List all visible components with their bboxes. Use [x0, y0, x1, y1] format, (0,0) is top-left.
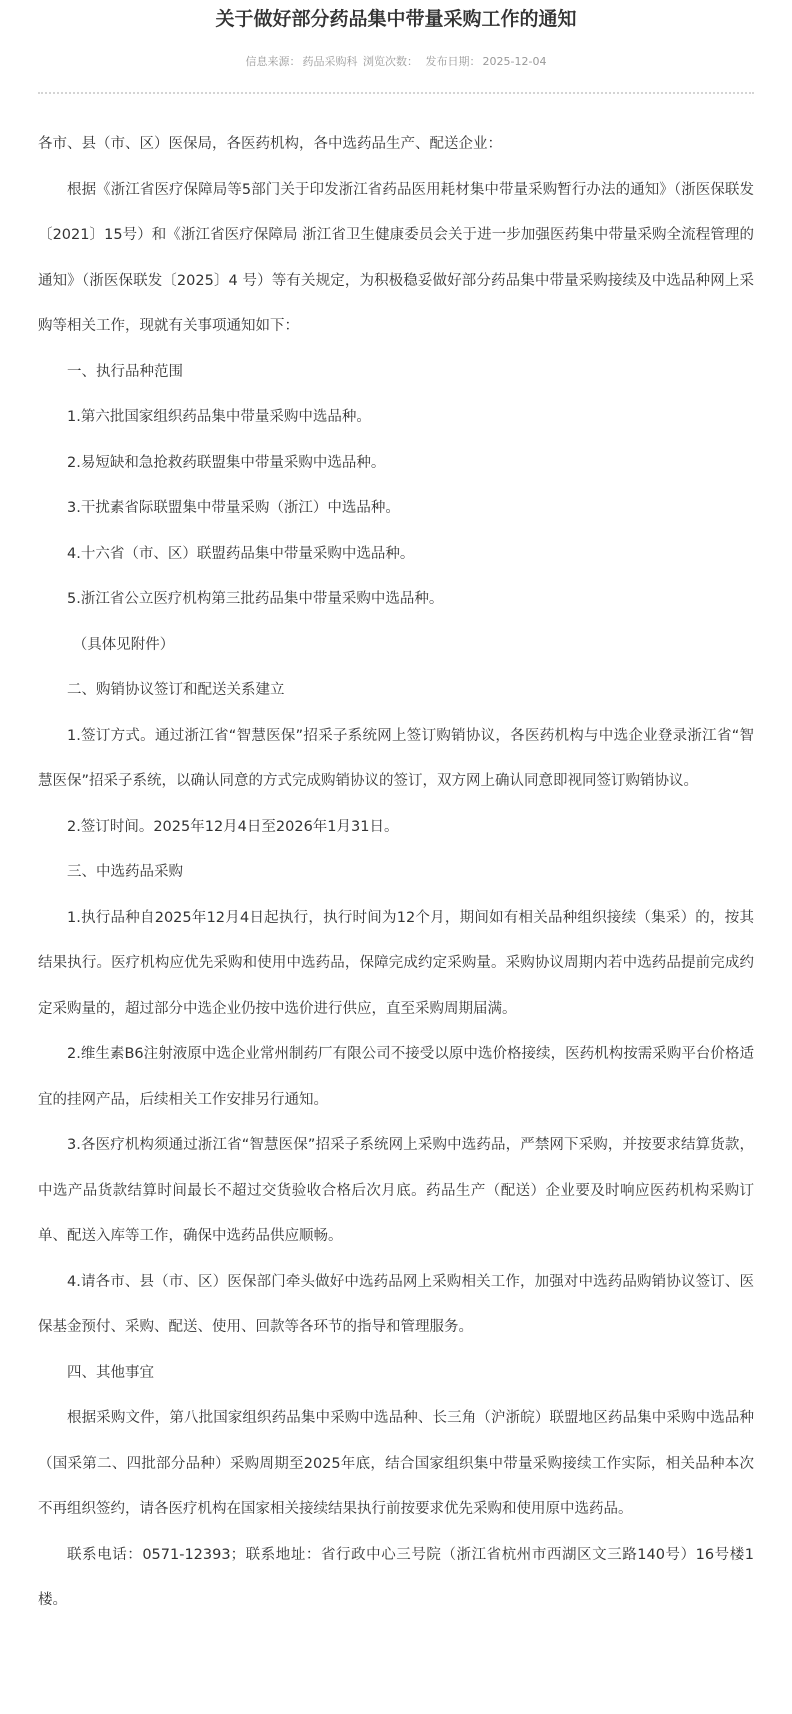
section-1-item-4: 4.十六省（市、区）联盟药品集中带量采购中选品种。: [38, 532, 754, 578]
section-heading-1: 一、执行品种范围: [38, 350, 754, 396]
divider: [38, 92, 754, 94]
intro-paragraph: 根据《浙江省医疗保障局等5部门关于印发浙江省药品医用耗材集中带量采购暂行办法的通…: [38, 168, 754, 350]
section-2-item-1: 1.签订方式。通过浙江省“智慧医保”招采子系统网上签订购销协议，各医药机构与中选…: [38, 714, 754, 805]
section-3-item-3: 3.各医疗机构须通过浙江省“智慧医保”招采子系统网上采购中选药品，严禁网下采购，…: [38, 1123, 754, 1260]
section-1-item-1: 1.第六批国家组织药品集中带量采购中选品种。: [38, 395, 754, 441]
section-heading-3: 三、中选药品采购: [38, 850, 754, 896]
section-heading-2: 二、购销协议签订和配送关系建立: [38, 668, 754, 714]
section-3-item-2: 2.维生素B6注射液原中选企业常州制药厂有限公司不接受以原中选价格接续，医药机构…: [38, 1032, 754, 1123]
article: 关于做好部分药品集中带量采购工作的通知 信息来源：药品采购科 浏览次数： 发布日…: [38, 0, 754, 1624]
source-label: 信息来源：: [246, 55, 301, 68]
page-title: 关于做好部分药品集中带量采购工作的通知: [38, 0, 754, 34]
section-3-item-1: 1.执行品种自2025年12月4日起执行，执行时间为12个月，期间如有相关品种组…: [38, 896, 754, 1033]
section-1-item-2: 2.易短缺和急抢救药联盟集中带量采购中选品种。: [38, 441, 754, 487]
article-body: 各市、县（市、区）医保局，各医药机构，各中选药品生产、配送企业： 根据《浙江省医…: [38, 122, 754, 1624]
section-heading-4: 四、其他事宜: [38, 1351, 754, 1397]
section-4-paragraph-1: 根据采购文件，第八批国家组织药品集中采购中选品种、长三角（沪浙皖）联盟地区药品集…: [38, 1396, 754, 1533]
salutation: 各市、县（市、区）医保局，各医药机构，各中选药品生产、配送企业：: [38, 122, 754, 168]
date-value: 2025-12-04: [483, 55, 547, 68]
date-label: 发布日期：: [426, 55, 481, 68]
section-1-note: （具体见附件）: [38, 623, 754, 669]
views-label: 浏览次数：: [363, 55, 418, 68]
section-3-item-4: 4.请各市、县（市、区）医保部门牵头做好中选药品网上采购相关工作，加强对中选药品…: [38, 1260, 754, 1351]
section-1-item-5: 5.浙江省公立医疗机构第三批药品集中带量采购中选品种。: [38, 577, 754, 623]
source-value: 药品采购科: [303, 55, 358, 68]
contact-info: 联系电话：0571-12393；联系地址：省行政中心三号院（浙江省杭州市西湖区文…: [38, 1533, 754, 1624]
section-2-item-2: 2.签订时间。2025年12月4日至2026年1月31日。: [38, 805, 754, 851]
section-1-item-3: 3.干扰素省际联盟集中带量采购（浙江）中选品种。: [38, 486, 754, 532]
article-meta: 信息来源：药品采购科 浏览次数： 发布日期：2025-12-04: [38, 53, 754, 71]
